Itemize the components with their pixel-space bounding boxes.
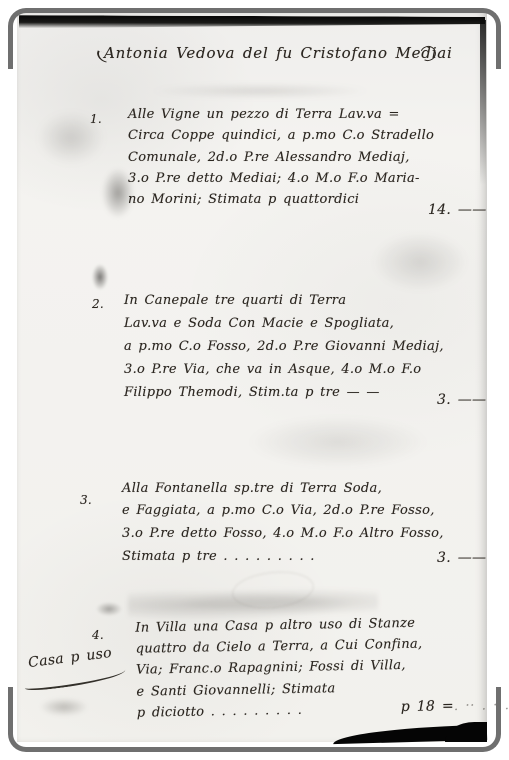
entry-3-number: 3. (80, 493, 92, 507)
manuscript-scan-page: { "page": { "title": "Antonia Vedova del… (0, 0, 509, 760)
entry-1-number: 1. (90, 112, 102, 126)
entry-1-line: 3.o P.re detto Mediai; 4.o M.o F.o Maria… (128, 171, 420, 186)
entry-2-line: a p.mo C.o Fosso, 2d.o P.re Giovanni Med… (124, 339, 444, 354)
entry-1-line: no Morini; Stimata p quattordici (128, 192, 359, 207)
entry-1-line: Comunale, 2d.o P.re Alessandro Mediaj, (128, 150, 410, 165)
scan-frame-bottom (8, 687, 501, 752)
entry-1-line: Alle Vigne un pezzo di Terra Lav.va = (128, 107, 400, 122)
scan-frame-top (8, 8, 501, 69)
entry-2-line: Lav.va e Soda Con Macie e Spogliata, (124, 316, 394, 331)
entry-3-line: 3.o P.re detto Fosso, 4.o M.o F.o Altro … (122, 526, 444, 541)
entry-1-value: 14. —— (428, 202, 487, 218)
entry-1-line: Circa Coppe quindici, a p.mo C.o Stradel… (128, 128, 434, 143)
entry-3-line: e Faggiata, a p.mo C.o Via, 2d.o P.re Fo… (122, 503, 435, 518)
entry-2-line: Filippo Themodi, Stim.ta p tre — — (124, 385, 380, 400)
entry-3-line: Stimata p tre . . . . . . . . . (122, 549, 315, 564)
entry-2-number: 2. (92, 297, 104, 311)
entry-2-line: 3.o P.re Via, che va in Asque, 4.o M.o F… (124, 362, 421, 377)
entry-2-value: 3. —— (437, 392, 486, 408)
entry-4-number: 4. (92, 628, 104, 642)
paper-scan (17, 13, 487, 742)
entry-2-line: In Canepale tre quarti di Terra (124, 293, 346, 308)
entry-3-value: 3. —— (437, 550, 486, 566)
entry-3-line: Alla Fontanella sp.tre di Terra Soda, (122, 481, 382, 496)
